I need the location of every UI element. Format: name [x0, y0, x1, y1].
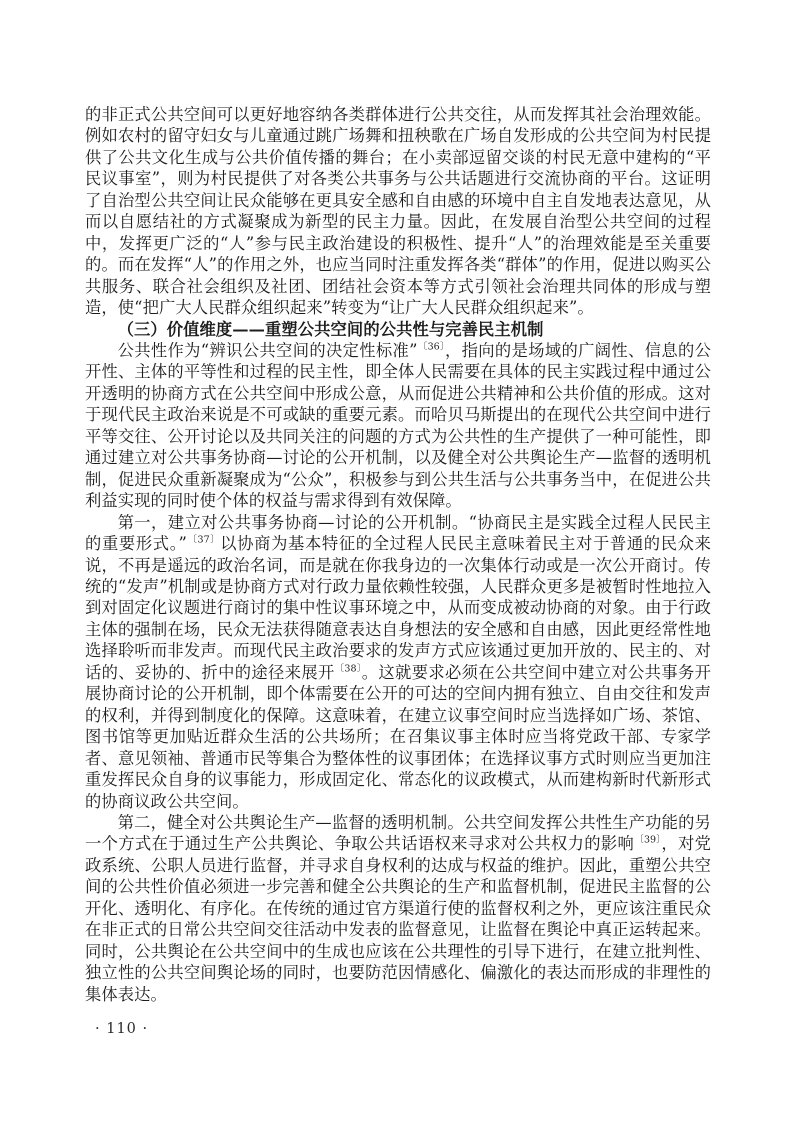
- text-segment: 以协商为基本特征的全过程人民民主意味着民主对于普通的民众来说，不再是遥远的政治名…: [85, 534, 711, 682]
- text-segment: ，对党政系统、公职人员进行监督，并寻求自身权利的达成与权益的维护。因此，重塑公共…: [85, 834, 711, 1003]
- text-segment: 第二，健全对公共舆论生产—监督的透明机制。公共空间发挥公共性生产功能的另一个方式…: [85, 813, 711, 853]
- footnote-reference: 〔39〕: [634, 835, 661, 846]
- text-segment: 的非正式公共空间可以更好地容纳各类群体进行公共交往，从而发挥其社会治理效能。例如…: [85, 105, 711, 317]
- footnote-reference: 〔38〕: [335, 663, 362, 674]
- section-heading: （三）价值维度——重塑公共空间的公共性与完善民主机制: [85, 319, 711, 340]
- text-segment: 公共性作为“辨识公共空间的决定性标准”: [118, 341, 418, 360]
- text-segment: ，指向的是场域的广阔性、信息的公开性、主体的平等性和过程的民主性，即全体人民需要…: [85, 341, 711, 510]
- text-segment: （三）价值维度——重塑公共空间的公共性与完善民主机制: [118, 320, 544, 339]
- body-paragraph: 第二，健全对公共舆论生产—监督的透明机制。公共空间发挥公共性生产功能的另一个方式…: [85, 812, 711, 1005]
- text-block: 的非正式公共空间可以更好地容纳各类群体进行公共交往，从而发挥其社会治理效能。例如…: [85, 104, 711, 1005]
- body-paragraph: 的非正式公共空间可以更好地容纳各类群体进行公共交往，从而发挥其社会治理效能。例如…: [85, 104, 711, 319]
- page-number: · 110 ·: [95, 1021, 148, 1037]
- text-segment: 。这就要求必须在公共空间中建立对公共事务开展协商讨论的公开机制，即个体需要在公开…: [85, 663, 711, 811]
- document-page: 的非正式公共空间可以更好地容纳各类群体进行公共交往，从而发挥其社会治理效能。例如…: [0, 0, 793, 1122]
- footnote-reference: 〔36〕: [418, 342, 445, 353]
- body-paragraph: 第一，建立对公共事务协商—讨论的公开机制。“协商民主是实践全过程人民民主的重要形…: [85, 512, 711, 812]
- footnote-reference: 〔37〕: [187, 535, 220, 546]
- body-paragraph: 公共性作为“辨识公共空间的决定性标准”〔36〕，指向的是场域的广阔性、信息的公开…: [85, 340, 711, 512]
